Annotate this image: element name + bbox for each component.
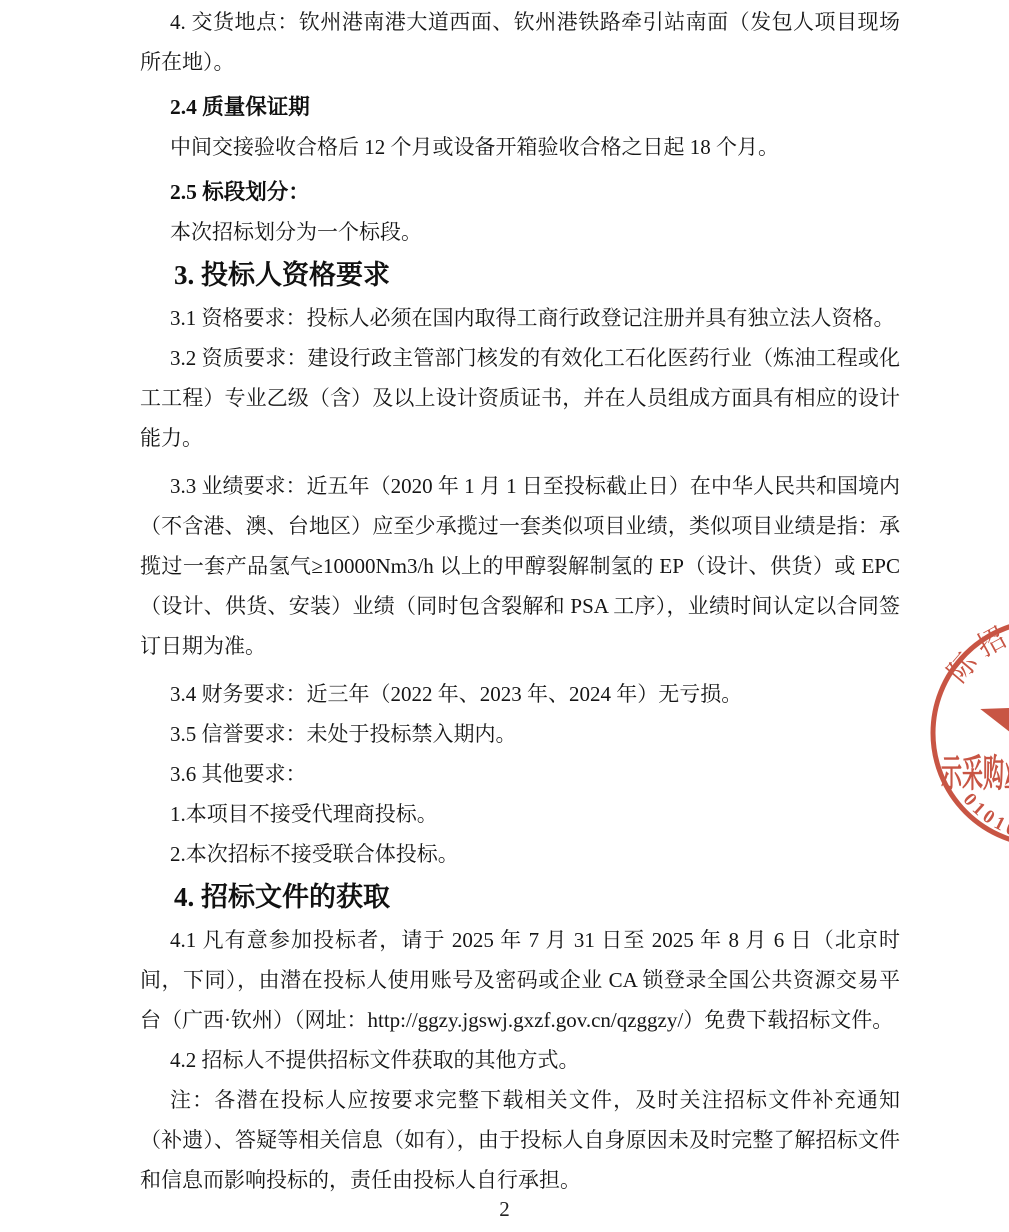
para-3-1-qualification: 3.1 资格要求：投标人必须在国内取得工商行政登记注册并具有独立法人资格。	[140, 298, 900, 338]
heading-3-bidder-qualifications: 3. 投标人资格要求	[140, 252, 900, 298]
heading-4-obtaining-documents: 4. 招标文件的获取	[140, 874, 900, 920]
seal-star-icon	[980, 662, 1009, 785]
para-note-disclaimer: 注：各潜在投标人应按要求完整下载相关文件，及时关注招标文件补充通知（补遗）、答疑…	[140, 1080, 900, 1200]
tender-document-page: 4. 交货地点：钦州港南港大道西面、钦州港铁路牵引站南面（发包人项目现场所在地）…	[0, 0, 1009, 1232]
para-lot-division: 本次招标划分为一个标段。	[140, 212, 900, 252]
seal-top-arc-text: 际招	[942, 618, 1009, 688]
document-content: 4. 交货地点：钦州港南港大道西面、钦州港铁路牵引站南面（发包人项目现场所在地）…	[140, 2, 900, 1200]
para-4-1-download-platform: 4.1 凡有意参加投标者，请于 2025 年 7 月 31 日至 2025 年 …	[140, 920, 900, 1040]
para-4-2-no-other-method: 4.2 招标人不提供招标文件获取的其他方式。	[140, 1040, 900, 1080]
para-warranty-period: 中间交接验收合格后 12 个月或设备开箱验收合格之日起 18 个月。	[140, 127, 900, 167]
heading-2-5-lot-division: 2.5 标段划分：	[140, 172, 900, 212]
para-no-agent-bids: 1.本项目不接受代理商投标。	[140, 794, 900, 834]
heading-2-4-warranty-period: 2.4 质量保证期	[140, 87, 900, 127]
page-number: 2	[0, 1194, 1009, 1224]
para-delivery-location: 4. 交货地点：钦州港南港大道西面、钦州港铁路牵引站南面（发包人项目现场所在地）…	[140, 2, 900, 82]
seal-ring	[933, 621, 1009, 845]
para-3-3-performance: 3.3 业绩要求：近五年（2020 年 1 月 1 日至投标截止日）在中华人民共…	[140, 466, 900, 666]
para-3-2-credentials: 3.2 资质要求：建设行政主管部门核发的有效化工石化医药行业（炼油工程或化工工程…	[140, 338, 900, 458]
para-3-6-other-requirements: 3.6 其他要求：	[140, 754, 900, 794]
para-3-5-reputation: 3.5 信誉要求：未处于投标禁入期内。	[140, 714, 900, 754]
seal-middle-text: 示采购业	[941, 753, 1009, 795]
para-no-consortium-bids: 2.本次招标不接受联合体投标。	[140, 834, 900, 874]
seal-serial-digits: 0101020	[959, 789, 1009, 846]
red-seal-stamp: 际招 示采购业 0101020	[920, 600, 1009, 860]
para-3-4-financial: 3.4 财务要求：近三年（2022 年、2023 年、2024 年）无亏损。	[140, 674, 900, 714]
